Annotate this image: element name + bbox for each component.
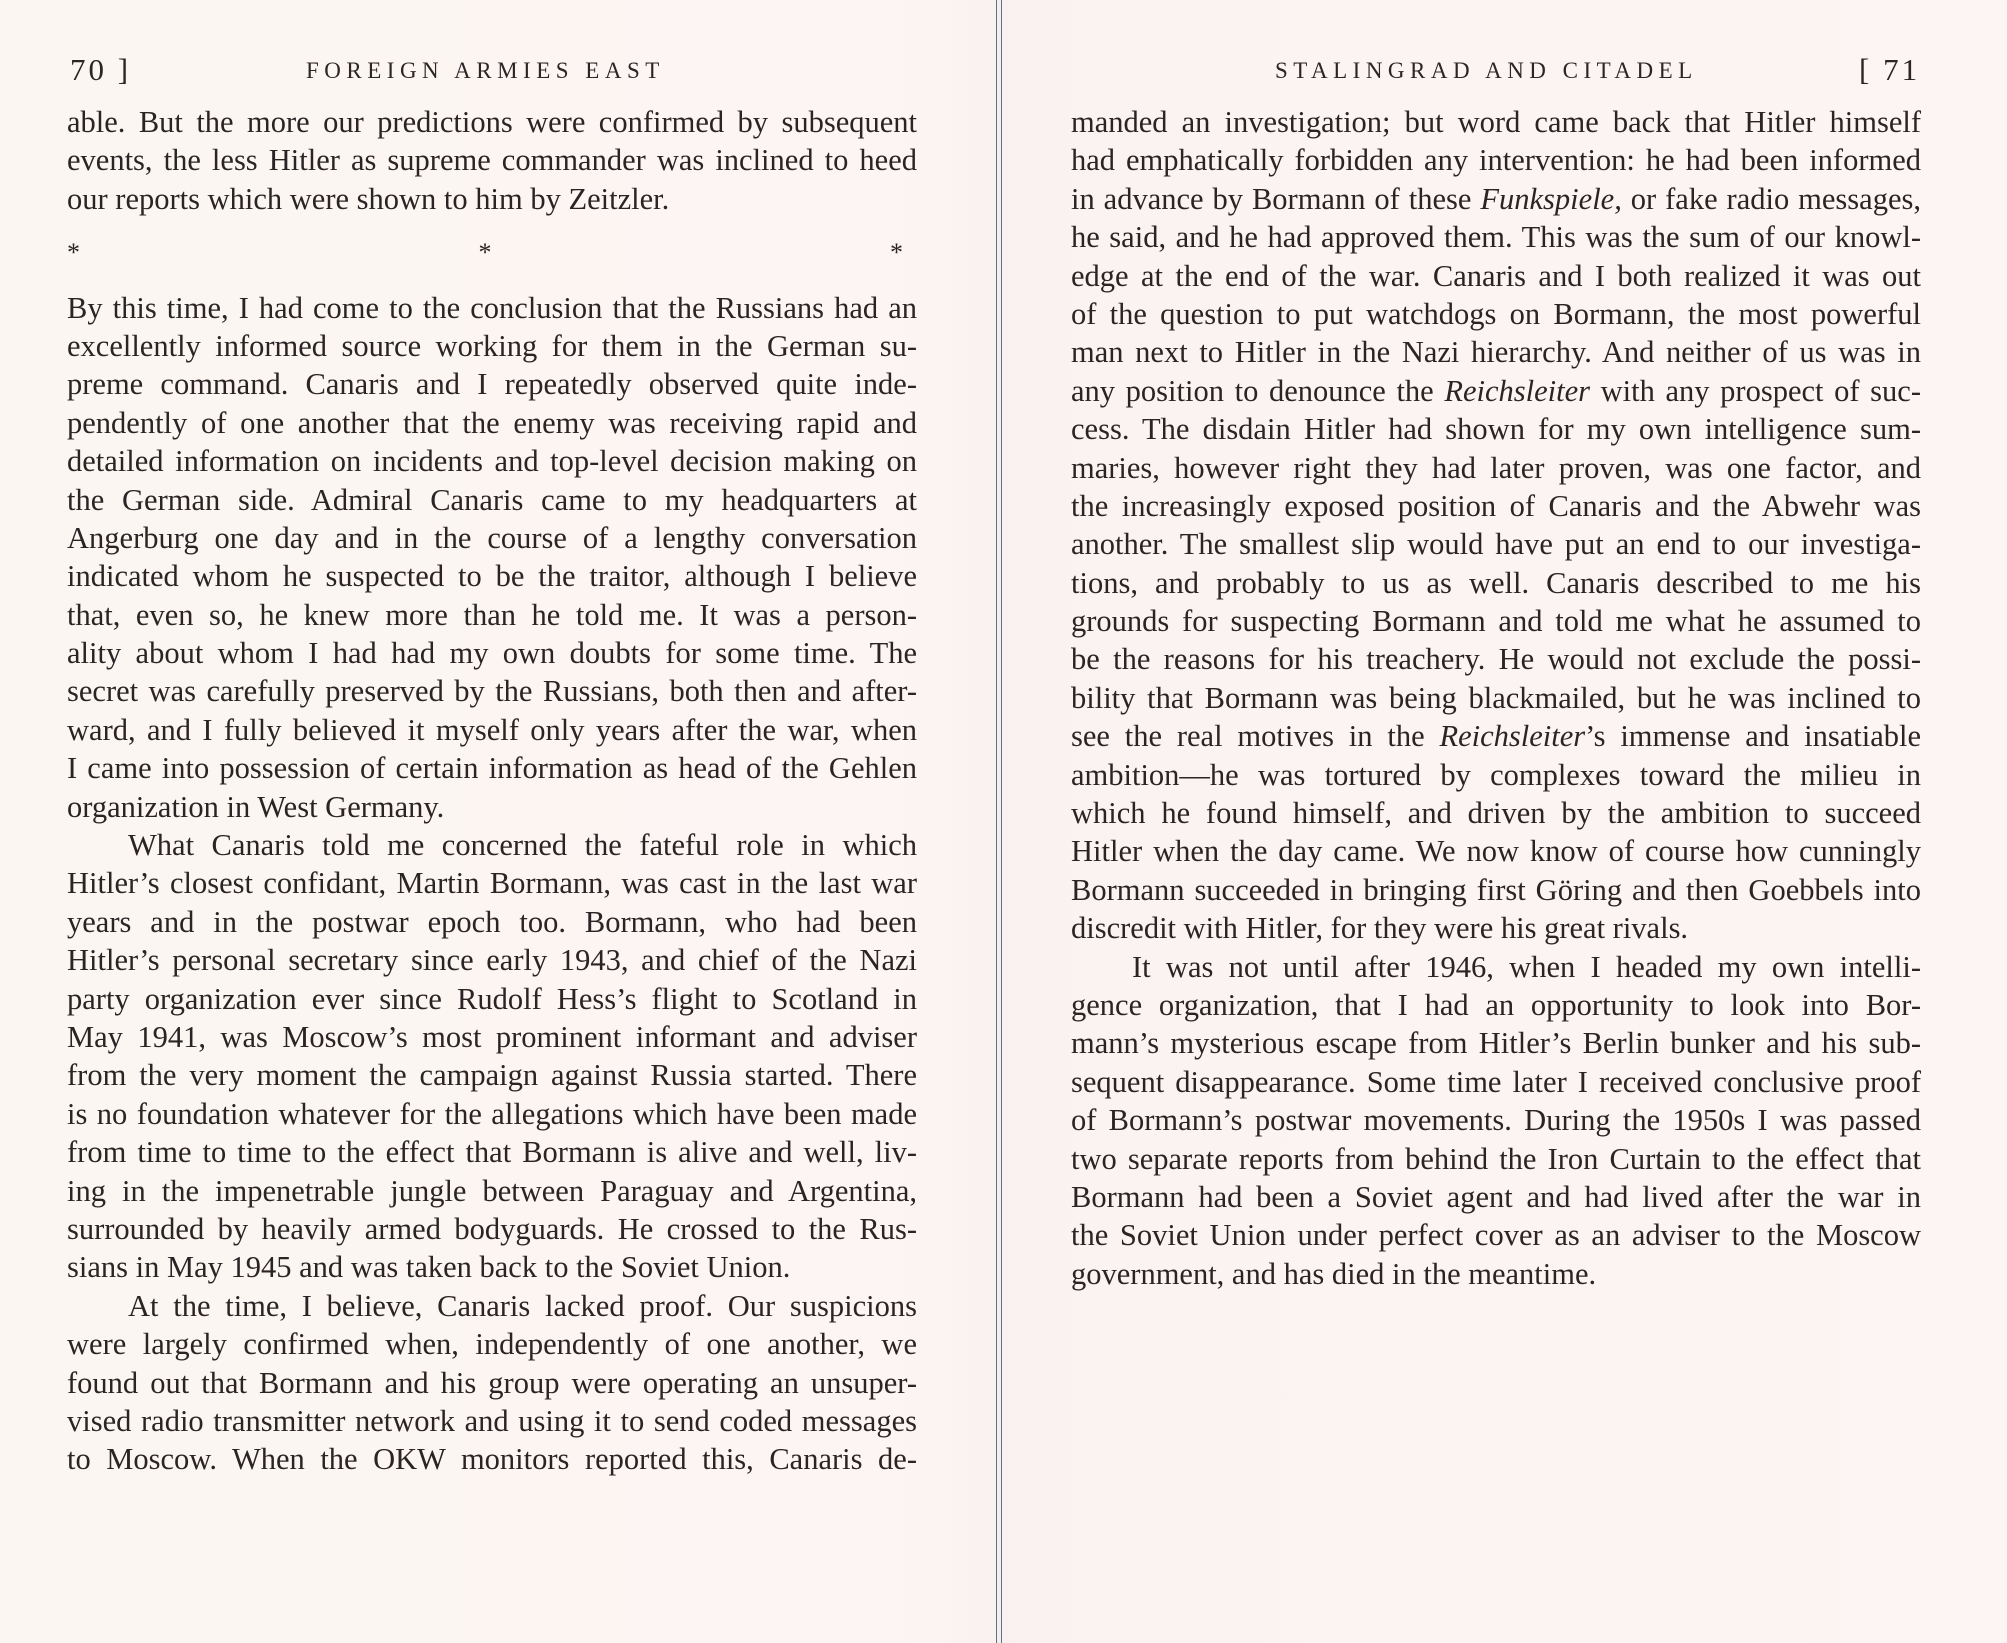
- text-line: manded an investigation; but word came b…: [1071, 103, 1921, 141]
- text-line: Bormann succeeded in bringing first Göri…: [1071, 871, 1921, 909]
- text-run: with any prospect of suc-: [1590, 374, 1921, 408]
- text-line: another. The smallest slip would have pu…: [1071, 525, 1921, 563]
- text-line: events, the less Hitler as supreme comma…: [67, 141, 917, 179]
- text-run: in advance by Bormann of these: [1071, 182, 1480, 216]
- text-line: two separate reports from behind the Iro…: [1071, 1140, 1921, 1178]
- spacer: [67, 273, 917, 289]
- text-line: found out that Bormann and his group wer…: [67, 1364, 917, 1402]
- text-line: from time to time to the effect that Bor…: [67, 1133, 917, 1171]
- text-line: detailed information on incidents and to…: [67, 442, 917, 480]
- text-line: By this time, I had come to the conclusi…: [67, 289, 917, 327]
- text-line: sians in May 1945 and was taken back to …: [67, 1248, 917, 1286]
- italic-term: Reichsleiter: [1439, 719, 1585, 753]
- text-line: tions, and probably to us as well. Canar…: [1071, 564, 1921, 602]
- text-line: At the time, I believe, Canaris lacked p…: [67, 1287, 917, 1325]
- text-line: secret was carefully preserved by the Ru…: [67, 672, 917, 710]
- running-head: STALINGRAD AND CITADEL: [1275, 58, 1698, 84]
- text-line: grounds for suspecting Bormann and told …: [1071, 602, 1921, 640]
- italic-term: Reichsleiter: [1444, 374, 1590, 408]
- text-line: pendently of one another that the enemy …: [67, 404, 917, 442]
- text-line: What Canaris told me concerned the fatef…: [67, 826, 917, 864]
- text-line: party organization ever since Rudolf Hes…: [67, 980, 917, 1018]
- body-text: able. But the more our predictions were …: [67, 103, 917, 1479]
- text-line: which he found himself, and driven by th…: [1071, 794, 1921, 832]
- page-number: [ 71: [1859, 52, 1920, 88]
- text-line: Bormann had been a Soviet agent and had …: [1071, 1178, 1921, 1216]
- text-line: of Bormann’s postwar movements. During t…: [1071, 1101, 1921, 1139]
- text-line: Hitler’s personal secretary since early …: [67, 941, 917, 979]
- text-line: ward, and I fully believed it myself onl…: [67, 711, 917, 749]
- text-line: years and in the postwar epoch too. Borm…: [67, 903, 917, 941]
- text-line: the German side. Admiral Canaris came to…: [67, 481, 917, 519]
- text-line: to Moscow. When the OKW monitors reporte…: [67, 1440, 917, 1478]
- text-line: I came into possession of certain inform…: [67, 749, 917, 787]
- text-run: ’s immense and insatiable: [1585, 719, 1921, 753]
- text-line: preme command. Canaris and I repeatedly …: [67, 365, 917, 403]
- text-line: surrounded by heavily armed bodyguards. …: [67, 1210, 917, 1248]
- text-line: had emphatically forbidden any intervent…: [1071, 141, 1921, 179]
- text-line: any position to denounce the Reichsleite…: [1071, 372, 1921, 410]
- text-line: May 1941, was Moscow’s most prominent in…: [67, 1018, 917, 1056]
- running-head: FOREIGN ARMIES EAST: [306, 58, 665, 84]
- text-line: bility that Bormann was being blackmaile…: [1071, 679, 1921, 717]
- page-number: 70 ]: [70, 52, 131, 88]
- text-line: excellently informed source working for …: [67, 327, 917, 365]
- text-line: Angerburg one day and in the course of a…: [67, 519, 917, 557]
- text-line: discredit with Hitler, for they were his…: [1071, 909, 1921, 947]
- section-break: * * *: [67, 234, 917, 272]
- text-line: vised radio transmitter network and usin…: [67, 1402, 917, 1440]
- body-text: manded an investigation; but word came b…: [1071, 103, 1921, 1293]
- right-page: STALINGRAD AND CITADEL [ 71 manded an in…: [1002, 0, 2007, 1643]
- text-line: of the question to put watchdogs on Borm…: [1071, 295, 1921, 333]
- text-line: were largely confirmed when, independent…: [67, 1325, 917, 1363]
- italic-term: Funkspiele,: [1480, 182, 1621, 216]
- text-line: the increasingly exposed position of Can…: [1071, 487, 1921, 525]
- text-line: organization in West Germany.: [67, 788, 917, 826]
- text-line: ality about whom I had had my own doubts…: [67, 634, 917, 672]
- text-line: see the real motives in the Reichsleiter…: [1071, 717, 1921, 755]
- text-line: ambition—he was tortured by complexes to…: [1071, 756, 1921, 794]
- text-line: It was not until after 1946, when I head…: [1071, 948, 1921, 986]
- text-line: be the reasons for his treachery. He wou…: [1071, 640, 1921, 678]
- text-line: Hitler when the day came. We now know of…: [1071, 832, 1921, 870]
- text-line: our reports which were shown to him by Z…: [67, 180, 917, 218]
- left-page: 70 ] FOREIGN ARMIES EAST able. But the m…: [0, 0, 996, 1643]
- text-line: ing in the impenetrable jungle between P…: [67, 1172, 917, 1210]
- text-line: mann’s mysterious escape from Hitler’s B…: [1071, 1024, 1921, 1062]
- text-line: the Soviet Union under perfect cover as …: [1071, 1216, 1921, 1254]
- text-run: any position to denounce the: [1071, 374, 1444, 408]
- text-run: see the real motives in the: [1071, 719, 1439, 753]
- text-line: he said, and he had approved them. This …: [1071, 218, 1921, 256]
- text-line: that, even so, he knew more than he told…: [67, 596, 917, 634]
- text-line: Hitler’s closest confidant, Martin Borma…: [67, 864, 917, 902]
- text-line: in advance by Bormann of these Funkspiel…: [1071, 180, 1921, 218]
- text-line: gence organization, that I had an opport…: [1071, 986, 1921, 1024]
- spacer: [67, 218, 917, 234]
- text-line: is no foundation whatever for the allega…: [67, 1095, 917, 1133]
- text-line: able. But the more our predictions were …: [67, 103, 917, 141]
- book-spread: 70 ] FOREIGN ARMIES EAST able. But the m…: [0, 0, 2007, 1643]
- text-line: edge at the end of the war. Canaris and …: [1071, 257, 1921, 295]
- text-line: cess. The disdain Hitler had shown for m…: [1071, 410, 1921, 448]
- text-line: sequent disappearance. Some time later I…: [1071, 1063, 1921, 1101]
- text-line: government, and has died in the meantime…: [1071, 1255, 1921, 1293]
- text-line: maries, however right they had later pro…: [1071, 449, 1921, 487]
- text-line: man next to Hitler in the Nazi hierarchy…: [1071, 333, 1921, 371]
- text-line: from the very moment the campaign agains…: [67, 1056, 917, 1094]
- text-line: indicated whom he suspected to be the tr…: [67, 557, 917, 595]
- text-run: or fake radio messages,: [1622, 182, 1921, 216]
